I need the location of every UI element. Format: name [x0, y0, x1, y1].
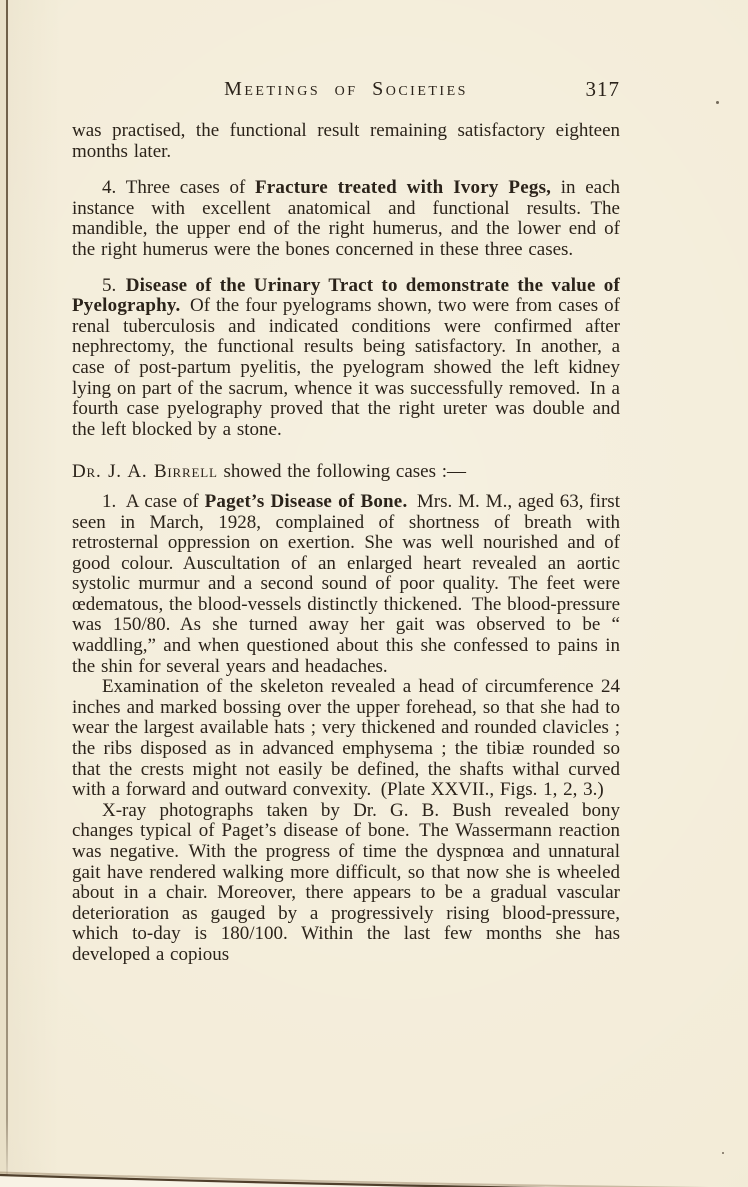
running-title: Meetings of Societies — [72, 76, 620, 102]
birrell-intro: Dr. J. A. Birrell showed the following c… — [72, 462, 620, 483]
page-left-edge-line — [6, 0, 8, 1178]
bold-run: Fracture treated with Ivory Pegs, — [255, 177, 551, 198]
text-run: was practised, the functional result rem… — [72, 120, 620, 162]
text-run: 1. A case of — [102, 491, 205, 512]
case-1-xray: X-ray photographs taken by Dr. G. B. Bus… — [72, 801, 620, 966]
paper-speck — [716, 101, 719, 104]
text-column: Meetings of Societies 317 was practised,… — [72, 76, 620, 966]
text-run: showed the following cases :— — [218, 461, 466, 482]
case-1-pagets: 1. A case of Paget’s Disease of Bone. Mr… — [72, 492, 620, 677]
text-run: 5. — [102, 275, 126, 296]
intro-continuation: was practised, the functional result rem… — [72, 121, 620, 162]
page-bottom-edge — [0, 1117, 748, 1187]
case-1-examination: Examination of the skeleton revealed a h… — [72, 677, 620, 801]
page-number: 317 — [586, 76, 621, 102]
smallcaps-run: Dr. J. A. Birrell — [72, 461, 218, 482]
bold-run: Paget’s Disease of Bone. — [205, 491, 408, 512]
page-body: was practised, the functional result rem… — [72, 121, 620, 966]
paper-speck — [722, 1152, 724, 1154]
text-run: Of the four pyelograms shown, two were f… — [72, 295, 620, 440]
text-run: 4. Three cases of — [102, 177, 255, 198]
case-5-urinary: 5. Disease of the Urinary Tract to demon… — [72, 276, 620, 441]
text-run: Examination of the skeleton revealed a h… — [72, 676, 620, 800]
page-header: Meetings of Societies 317 — [72, 76, 620, 102]
case-4-fracture: 4. Three cases of Fracture treated with … — [72, 178, 620, 260]
book-page: Meetings of Societies 317 was practised,… — [0, 0, 748, 1187]
text-run: Mrs. M. M., aged 63, first seen in March… — [72, 491, 620, 677]
text-run: X-ray photographs taken by Dr. G. B. Bus… — [72, 800, 620, 965]
